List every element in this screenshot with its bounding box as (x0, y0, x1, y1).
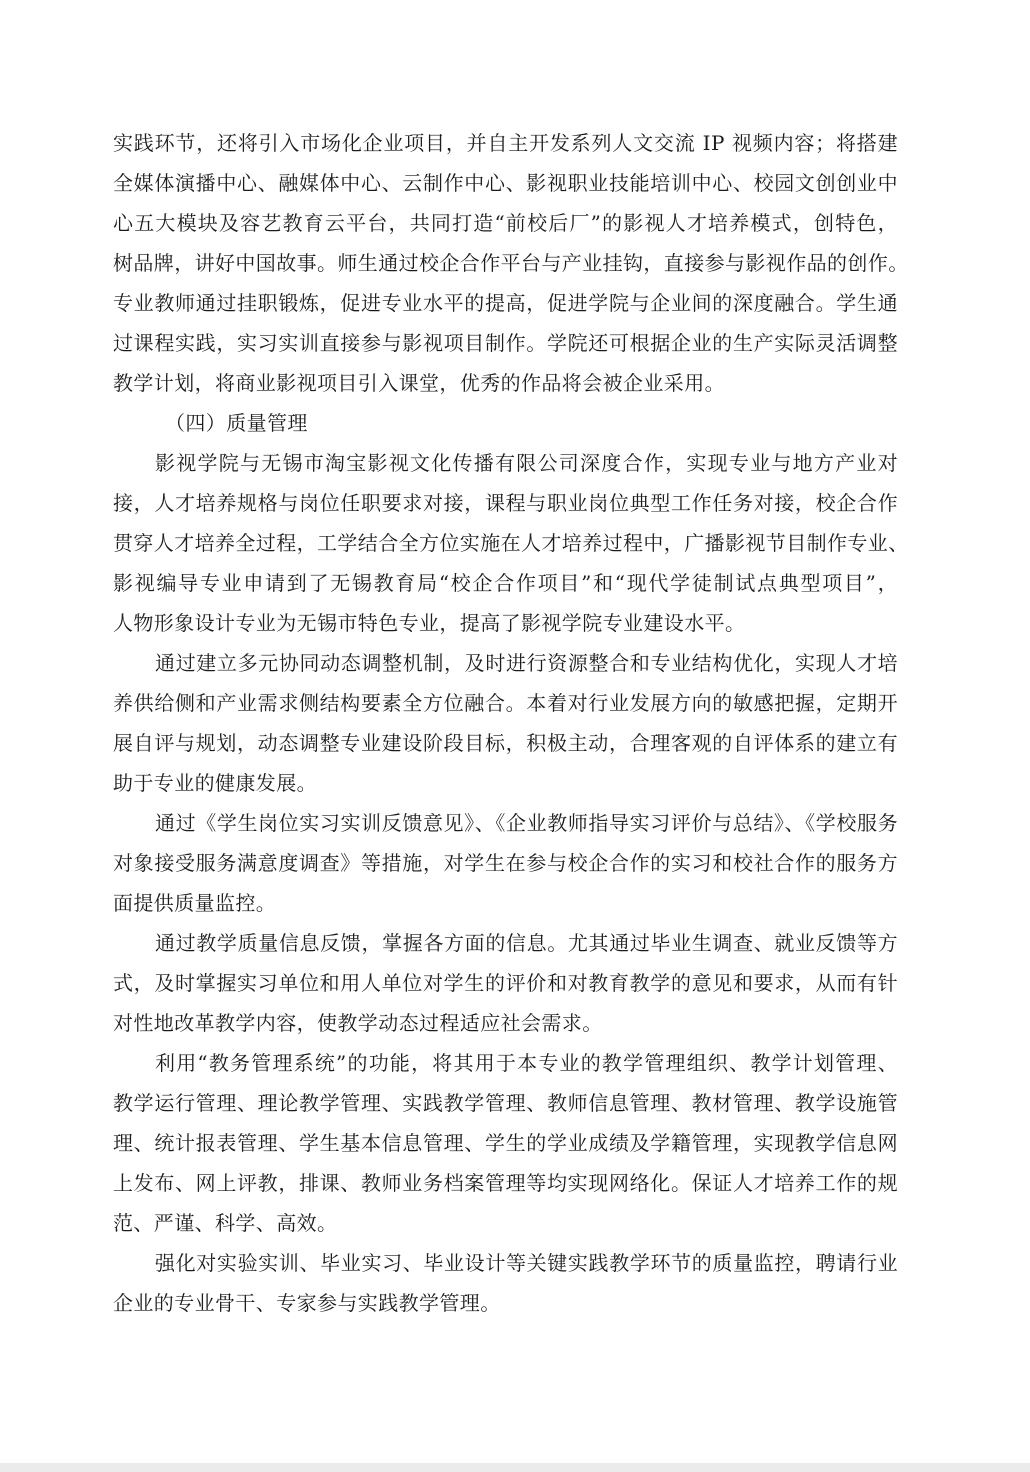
text-line: 养供给侧和产业需求侧结构要素全方位融合。本着对行业发展方向的敏感把握，定期开 (113, 683, 898, 723)
text-line: 接，人才培养规格与岗位任职要求对接，课程与职业岗位典型工作任务对接，校企合作 (113, 483, 898, 523)
text-line: 过课程实践，实习实训直接参与影视项目制作。学院还可根据企业的生产实际灵活调整 (113, 323, 898, 363)
text-line: 教学计划，将商业影视项目引入课堂，优秀的作品将会被企业采用。 (113, 363, 898, 403)
text-line: 上发布、网上评教，排课、教师业务档案管理等均实现网络化。保证人才培养工作的规 (113, 1163, 898, 1203)
paragraph-feedback-measures: 通过《学生岗位实习实训反馈意见》、《企业教师指导实习评价与总结》、《学校服务 对… (113, 803, 898, 923)
text-line: 人物形象设计专业为无锡市特色专业，提高了影视学院专业建设水平。 (113, 603, 898, 643)
text-line: 影视学院与无锡市淘宝影视文化传播有限公司深度合作，实现专业与地方产业对 (113, 443, 898, 483)
text-line: 理、统计报表管理、学生基本信息管理、学生的学业成绩及学籍管理，实现教学信息网 (113, 1123, 898, 1163)
paragraph-practice-monitoring: 强化对实验实训、毕业实习、毕业设计等关键实践教学环节的质量监控，聘请行业 企业的… (113, 1243, 898, 1323)
text-line: 树品牌，讲好中国故事。师生通过校企合作平台与产业挂钩，直接参与影视作品的创作。 (113, 243, 898, 283)
viewer-bottom-edge (0, 1463, 1030, 1472)
text-line: 面提供质量监控。 (113, 883, 898, 923)
text-line: 全媒体演播中心、融媒体中心、云制作中心、影视职业技能培训中心、校园文创创业中 (113, 163, 898, 203)
text-line: 企业的专业骨干、专家参与实践教学管理。 (113, 1283, 898, 1323)
text-line: 专业教师通过挂职锻炼，促进专业水平的提高，促进学院与企业间的深度融合。学生通 (113, 283, 898, 323)
text-line: 强化对实验实训、毕业实习、毕业设计等关键实践教学环节的质量监控，聘请行业 (113, 1243, 898, 1283)
paragraph-quality-information: 通过教学质量信息反馈，掌握各方面的信息。尤其通过毕业生调查、就业反馈等方 式，及… (113, 923, 898, 1043)
text-line: 通过教学质量信息反馈，掌握各方面的信息。尤其通过毕业生调查、就业反馈等方 (113, 923, 898, 963)
text-line: 对象接受服务满意度调查》等措施，对学生在参与校企合作的实习和校社合作的服务方 (113, 843, 898, 883)
text-line: 心五大模块及容艺教育云平台，共同打造“前校后厂”的影视人才培养模式，创特色， (113, 203, 898, 243)
text-line: 范、严谨、科学、高效。 (113, 1203, 898, 1243)
text-line: 展自评与规划，动态调整专业建设阶段目标，积极主动，合理客观的自评体系的建立有 (113, 723, 898, 763)
text-line: 利用“教务管理系统”的功能，将其用于本专业的教学管理组织、教学计划管理、 (113, 1043, 898, 1083)
document-page: 实践环节，还将引入市场化企业项目，并自主开发系列人文交流 IP 视频内容；将搭建… (0, 0, 1030, 1463)
text-line: 实践环节，还将引入市场化企业项目，并自主开发系列人文交流 IP 视频内容；将搭建 (113, 123, 898, 163)
paragraph-dynamic-adjustment: 通过建立多元协同动态调整机制，及时进行资源整合和专业结构优化，实现人才培 养供给… (113, 643, 898, 803)
document-body: 实践环节，还将引入市场化企业项目，并自主开发系列人文交流 IP 视频内容；将搭建… (113, 123, 898, 1323)
text-line: 对性地改革教学内容，使教学动态过程适应社会需求。 (113, 1003, 898, 1043)
text-line: 助于专业的健康发展。 (113, 763, 898, 803)
paragraph-academic-affairs-system: 利用“教务管理系统”的功能，将其用于本专业的教学管理组织、教学计划管理、 教学运… (113, 1043, 898, 1243)
paragraph-practice-continuation: 实践环节，还将引入市场化企业项目，并自主开发系列人文交流 IP 视频内容；将搭建… (113, 123, 898, 403)
text-line: 教学运行管理、理论教学管理、实践教学管理、教师信息管理、教材管理、教学设施管 (113, 1083, 898, 1123)
text-line: 影视编导专业申请到了无锡教育局“校企合作项目”和“现代学徒制试点典型项目”， (113, 563, 898, 603)
text-line: 贯穿人才培养全过程，工学结合全方位实施在人才培养过程中，广播影视节目制作专业、 (113, 523, 898, 563)
section-heading-quality-management: （四）质量管理 (113, 403, 898, 443)
text-line: 式，及时掌握实习单位和用人单位对学生的评价和对教育教学的意见和要求，从而有针 (113, 963, 898, 1003)
paragraph-school-enterprise-cooperation: 影视学院与无锡市淘宝影视文化传播有限公司深度合作，实现专业与地方产业对 接，人才… (113, 443, 898, 643)
text-line: 通过建立多元协同动态调整机制，及时进行资源整合和专业结构优化，实现人才培 (113, 643, 898, 683)
text-line: 通过《学生岗位实习实训反馈意见》、《企业教师指导实习评价与总结》、《学校服务 (113, 803, 898, 843)
